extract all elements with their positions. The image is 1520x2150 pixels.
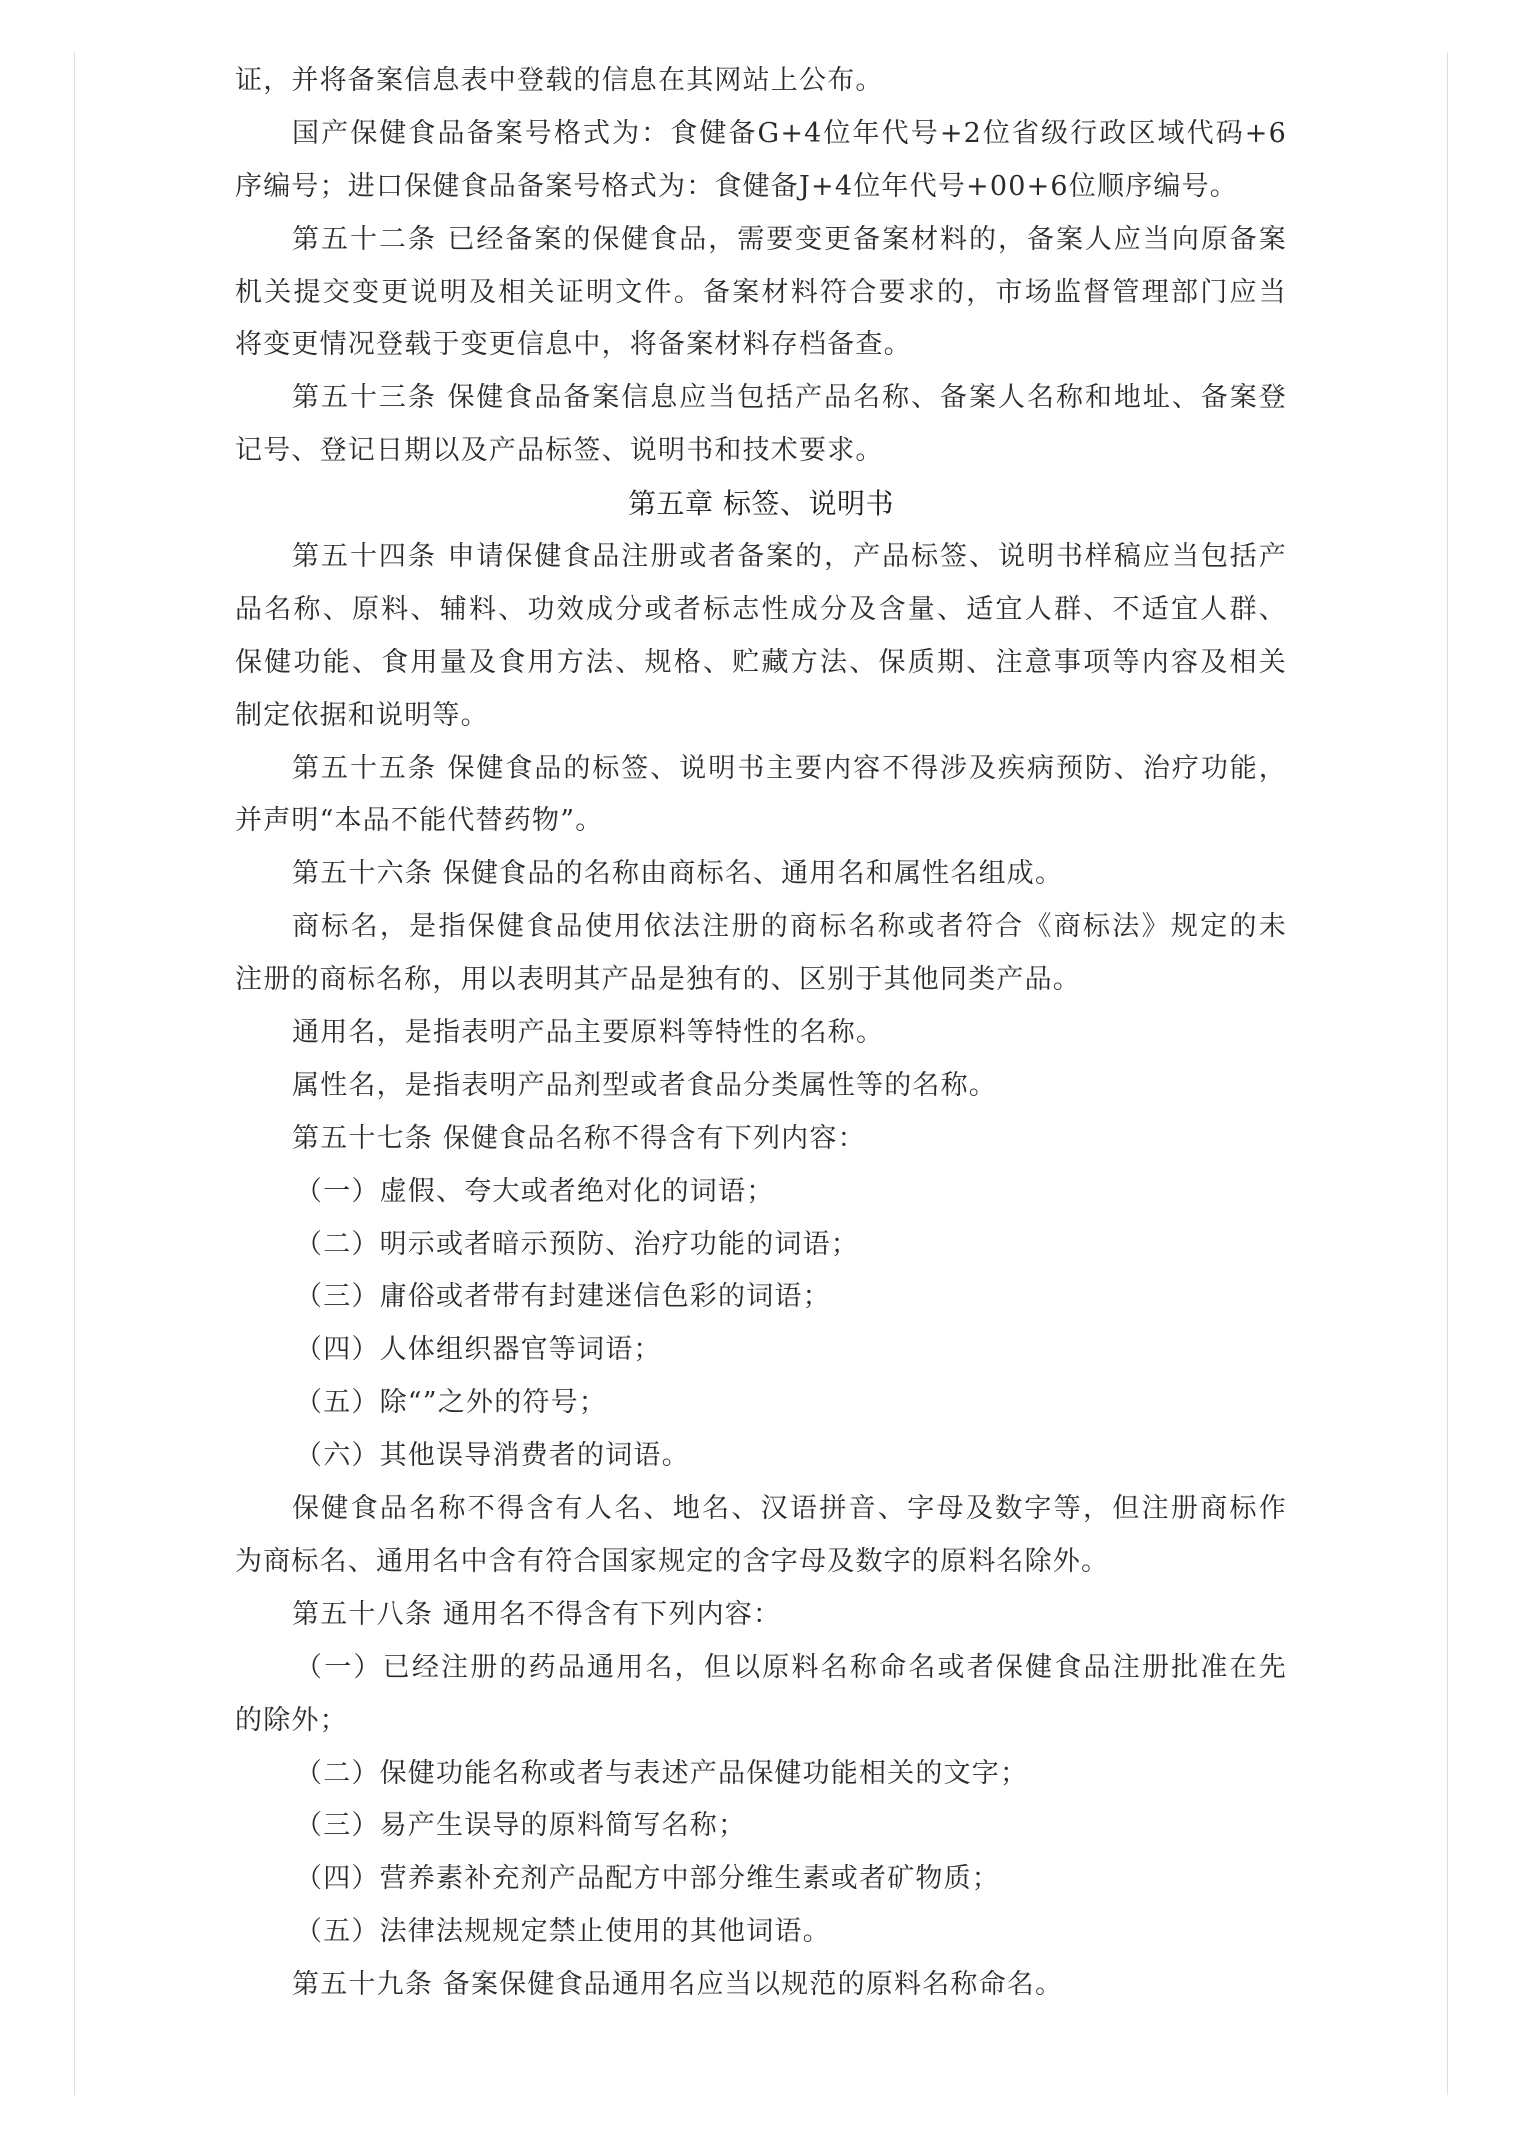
article-54-line: 第五十四条 申请保健食品注册或者备案的，产品标签、说明书样稿应当包括产	[235, 531, 1287, 584]
paragraph-line: 的除外；	[235, 1695, 1287, 1748]
paragraph-line: 通用名，是指表明产品主要原料等特性的名称。	[235, 1007, 1287, 1060]
article-57-line: 第五十七条 保健食品名称不得含有下列内容：	[235, 1113, 1287, 1166]
article-52-line: 第五十二条 已经备案的保健食品，需要变更备案材料的，备案人应当向原备案	[235, 214, 1287, 267]
article-53-line: 第五十三条 保健食品备案信息应当包括产品名称、备案人名称和地址、备案登	[235, 372, 1287, 425]
paragraph-line: 注册的商标名称，用以表明其产品是独有的、区别于其他同类产品。	[235, 954, 1287, 1007]
paragraph-line: 并声明“本品不能代替药物”。	[235, 795, 1287, 848]
paragraph-line: 证，并将备案信息表中登载的信息在其网站上公布。	[235, 55, 1287, 108]
list-item: （一）已经注册的药品通用名，但以原料名称命名或者保健食品注册批准在先	[235, 1642, 1287, 1695]
list-item: （四）营养素补充剂产品配方中部分维生素或者矿物质；	[235, 1853, 1287, 1906]
list-item: （一）虚假、夸大或者绝对化的词语；	[235, 1166, 1287, 1219]
article-59-line: 第五十九条 备案保健食品通用名应当以规范的原料名称命名。	[235, 1959, 1287, 2012]
page-border-left	[74, 52, 75, 2095]
paragraph-line: 国产保健食品备案号格式为：食健备G+4位年代号+2位省级行政区域代码+6位顺	[235, 108, 1287, 161]
paragraph-line: 品名称、原料、辅料、功效成分或者标志性成分及含量、适宜人群、不适宜人群、	[235, 584, 1287, 637]
document-body: 证，并将备案信息表中登载的信息在其网站上公布。 国产保健食品备案号格式为：食健备…	[235, 55, 1287, 2012]
list-item: （六）其他误导消费者的词语。	[235, 1430, 1287, 1483]
chapter-heading: 第五章 标签、说明书	[235, 478, 1287, 531]
list-item: （三）庸俗或者带有封建迷信色彩的词语；	[235, 1271, 1287, 1324]
list-item: （四）人体组织器官等词语；	[235, 1324, 1287, 1377]
list-item: （三）易产生误导的原料简写名称；	[235, 1800, 1287, 1853]
article-56-line: 第五十六条 保健食品的名称由商标名、通用名和属性名组成。	[235, 848, 1287, 901]
list-item: （二）明示或者暗示预防、治疗功能的词语；	[235, 1219, 1287, 1272]
paragraph-line: 属性名，是指表明产品剂型或者食品分类属性等的名称。	[235, 1060, 1287, 1113]
paragraph-line: 序编号；进口保健食品备案号格式为：食健备J+4位年代号+00+6位顺序编号。	[235, 161, 1287, 214]
paragraph-line: 为商标名、通用名中含有符合国家规定的含字母及数字的原料名除外。	[235, 1536, 1287, 1589]
paragraph-line: 将变更情况登载于变更信息中，将备案材料存档备查。	[235, 319, 1287, 372]
article-58-line: 第五十八条 通用名不得含有下列内容：	[235, 1589, 1287, 1642]
paragraph-line: 机关提交变更说明及相关证明文件。备案材料符合要求的，市场监督管理部门应当	[235, 267, 1287, 320]
list-item: （五）法律法规规定禁止使用的其他词语。	[235, 1906, 1287, 1959]
list-item: （五）除“”之外的符号；	[235, 1377, 1287, 1430]
paragraph-line: 制定依据和说明等。	[235, 690, 1287, 743]
paragraph-line: 记号、登记日期以及产品标签、说明书和技术要求。	[235, 425, 1287, 478]
article-55-line: 第五十五条 保健食品的标签、说明书主要内容不得涉及疾病预防、治疗功能，	[235, 743, 1287, 796]
paragraph-line: 保健功能、食用量及食用方法、规格、贮藏方法、保质期、注意事项等内容及相关	[235, 637, 1287, 690]
paragraph-line: 保健食品名称不得含有人名、地名、汉语拼音、字母及数字等，但注册商标作	[235, 1483, 1287, 1536]
page-border-right	[1447, 52, 1448, 2095]
list-item: （二）保健功能名称或者与表述产品保健功能相关的文字；	[235, 1748, 1287, 1801]
paragraph-line: 商标名，是指保健食品使用依法注册的商标名称或者符合《商标法》规定的未	[235, 901, 1287, 954]
